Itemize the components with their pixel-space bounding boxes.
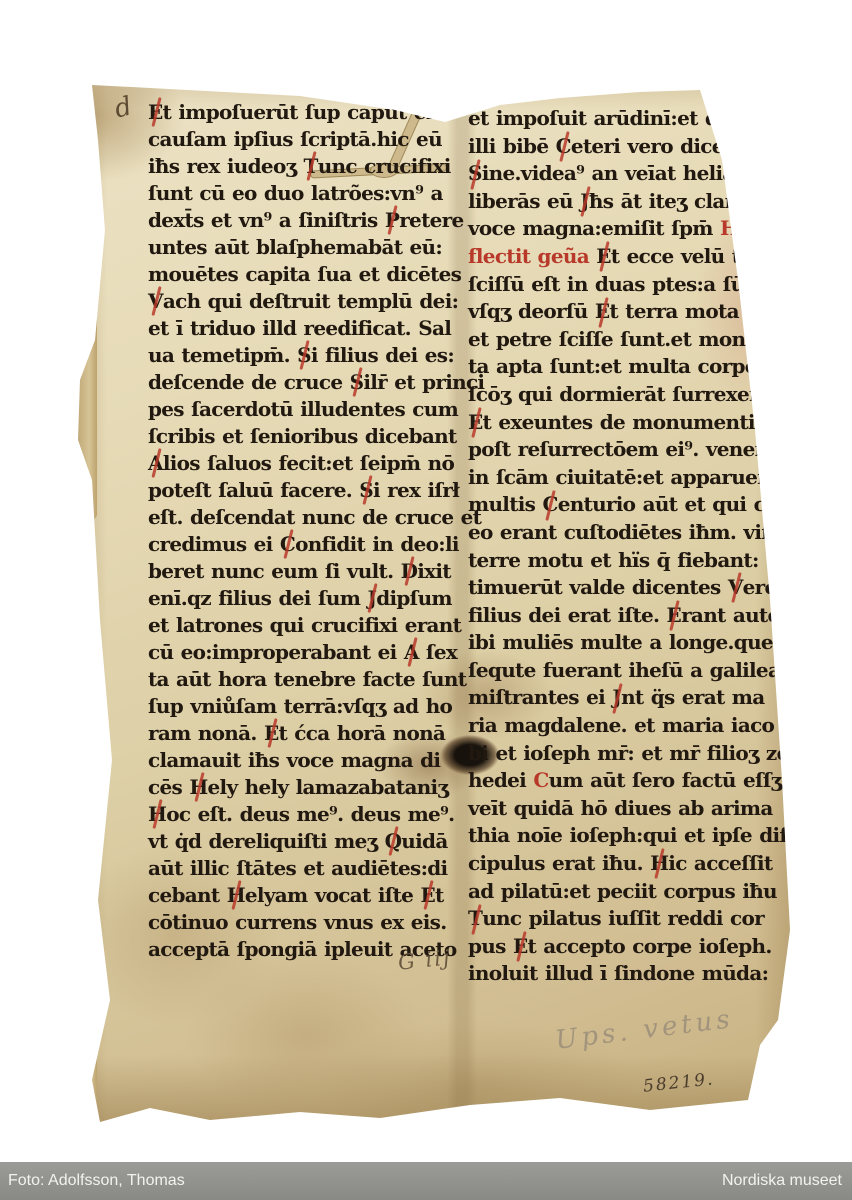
manuscript-line: voce magna:emiſit ſpm̄ Hi [468,215,803,243]
rubricated-initial: H [227,882,245,909]
manuscript-line: clamauit iħs voce magna di [148,747,463,774]
pencil-annotation: Ups. vetus [554,1004,735,1056]
manuscript-line: in ſcām ciuitatē:et apparuer̄t [468,464,803,492]
rubricated-initial: P [385,207,399,234]
blackletter-text: et latrones qui crucifixi erant [148,613,461,637]
blackletter-text: nt q̈s erat ma [621,685,764,709]
manuscript-line: terre motu et hïs q̄ fiebant: [468,547,803,575]
inventory-number: 58219. [642,1069,715,1096]
manuscript-line: ta aūt hora tenebre facte ſunt [148,666,463,693]
rubricated-initial: S [350,369,364,396]
manuscript-line: illi bibē Ceteri vero diceba [468,133,803,161]
manuscript-line: pus Et accepto corpe ioſeph. [468,933,803,961]
manuscript-line: credimus ei Confidit in deo:li [148,531,463,558]
blackletter-text: multis [468,492,542,516]
blackletter-text: ſcribis et ſenioribus dicebant [148,424,457,448]
manuscript-line: ad pilatū:et peciit corpus iħu [468,878,803,906]
blackletter-text: lios ſaluos fecit:et ſeipm̄ nō [163,451,454,475]
blackletter-text: ine.videa⁹ an veīat helia [482,161,735,185]
manuscript-line: poſt reſurrectōem ei⁹. venerūt [468,436,803,464]
manuscript-line: miſtrantes ei Jnt q̈s erat ma [468,684,803,712]
manuscript-line: vſqʒ deorſū Et terra mota eſt. [468,298,803,326]
blackletter-text: t ecce velū tēpli [611,244,780,268]
blackletter-text: t ćca horā nonā [278,721,445,745]
manuscript-line: Alios ſaluos fecit:et ſeipm̄ nō [148,450,463,477]
blackletter-text: cēs [148,775,189,799]
blackletter-text: ilr̄ et princi [363,370,484,394]
blackletter-text: ic acceſſit [668,851,772,875]
manuscript-line: ſcōʒ qui dormierāt ſurrexerūt [468,381,803,409]
blackletter-text: cauſam ipſius ſcriptā.hic eū [148,127,442,151]
manuscript-line: dext̄s et vn⁹ a ſiniſtris Pretere [148,207,463,234]
museum-credit: Nordiska museet [722,1162,842,1200]
blackletter-text: ibi muliēs multe a longe.que [468,630,773,654]
blackletter-text: filius dei erat iſte. [468,603,667,627]
manuscript-line: Et exeuntes de monumentis [468,409,803,437]
blackletter-text: um aūt ſero factū eſſʒ: [549,768,789,792]
rubricated-initial: S [297,342,311,369]
rubricated-initial: E [667,602,682,630]
blackletter-text: veīt quidā hō diues ab arima [468,796,773,820]
manuscript-line: et impoſuit arūdinī:et de [468,105,803,133]
blackletter-text: credimus ei [148,532,280,556]
margin-letter-mark: d [112,91,135,124]
manuscript-line: ſup vniůſam terrā:vſqʒ ad ho [148,693,463,720]
manuscript-line: Vach qui deſtruit templū dei: [148,288,463,315]
manuscript-line: iħs rex iudeoʒ Tunc crucifixi [148,153,463,180]
manuscript-line: cōtinuo currens vnus ex eis. [148,909,463,936]
manuscript-line: ſunt cū eo duo latrões:vn⁹ a [148,180,463,207]
blackletter-text: ua temetipm̄. [148,343,297,367]
manuscript-line: liberās eū Jħs āt iteʒ clama [468,188,803,216]
blackletter-text: ixit [417,559,451,583]
right-column: et impoſuit arūdinī:et deilli bibē Ceter… [468,105,803,988]
rubricated-initial: E [264,720,279,747]
rubricated-initial: Q [385,828,402,855]
rubricated-initial: J [367,585,376,612]
manuscript-line: untes aūt blaſphemabāt eū: [148,234,463,261]
blackletter-text: in ſcām ciuitatē:et apparuer̄t [468,465,776,489]
rubricated-initial: A [404,639,419,666]
blackletter-text: elyam vocat iſte [245,883,421,907]
manuscript-line: deſcende de cruce Silr̄ et princi [148,369,463,396]
rubricated-initial: J [612,684,621,712]
blackletter-text: eteri vero diceba [571,134,750,158]
rubric-text: C [533,768,548,792]
blackletter-text: eo erant cuſtodiētes iħm. viſo [468,520,782,544]
blackletter-text: cipulus erat iħu. [468,851,650,875]
blackletter-text: rant autē [681,603,779,627]
manuscript-line: beret nunc eum ſi vult. Dixit [148,558,463,585]
blackletter-text: vt q̇d dereliquiſti meʒ [148,829,385,853]
blackletter-text: oc eſt. deus me⁹. deus me⁹. [166,802,454,826]
binding-stub [71,305,97,520]
blackletter-text: clamauit iħs voce magna di [148,748,440,772]
rubricated-initial: H [148,801,166,828]
manuscript-line: et ī triduo illd reedificat. Sal [148,315,463,342]
manuscript-line: timuerūt valde dicentes Vere [468,574,803,602]
blackletter-text: cū eo:improperabant ei [148,640,404,664]
blackletter-text: i filius dei es: [311,343,454,367]
manuscript-line: inoluit illud ī ſindone mūda: [468,960,803,988]
blackletter-text: ta aūt hora tenebre facte ſunt [148,667,466,691]
blackletter-text: voce magna:emiſit ſpm̄ [468,216,720,240]
quire-signature: G iij [397,945,453,974]
rubricated-initial: H [189,774,207,801]
blackletter-text: uidā [401,829,447,853]
blackletter-text: dext̄s et vn⁹ a ſiniſtris [148,208,385,232]
manuscript-line: ta apta ſunt:et multa corpora [468,353,803,381]
blackletter-text: onfidit in deo:li [295,532,459,556]
manuscript-line: filius dei erat iſte. Erant autē [468,602,803,630]
blackletter-text: untes aūt blaſphemabāt eū: [148,235,442,259]
manuscript-line: ſequte fuerant iheſū a galilea [468,657,803,685]
rubricated-initial: C [556,133,571,161]
blackletter-text: vſqʒ deorſū [468,299,595,323]
blackletter-text: aūt illic ſtātes et audiētes:di [148,856,447,880]
blackletter-text: et ī triduo illd reedificat. Sal [148,316,451,340]
rubric-text: Hi [720,216,745,240]
rubricated-initial: C [542,491,557,519]
rubricated-initial: T [468,905,482,933]
binding-stub [75,985,97,1145]
manuscript-line: veīt quidā hō diues ab arima [468,795,803,823]
blackletter-text: terre motu et hïs q̄ fiebant: [468,548,759,572]
blackletter-text: ſex [419,640,457,664]
blackletter-text: ſcōʒ qui dormierāt ſurrexerūt [468,382,781,406]
blackletter-text: inoluit illud ī ſindone mūda: [468,961,768,985]
blackletter-text: ħs āt iteʒ clama [589,189,757,213]
rubricated-initial: V [148,288,163,315]
manuscript-line: ram nonā. Et ćca horā nonā [148,720,463,747]
manuscript-line: ua temetipm̄. Si filius dei es: [148,342,463,369]
blackletter-text: iħs rex iudeoʒ [148,154,304,178]
blackletter-text: i rex iſrł [373,478,459,502]
blackletter-text: t [435,883,444,907]
blackletter-text: ely hely lamazabataniʒ [208,775,449,799]
blackletter-text: eſt. deſcendat nunc de cruce et [148,505,481,529]
blackletter-text: pus [468,934,513,958]
manuscript-line: hedei Cum aūt ſero factū eſſʒ: [468,767,803,795]
manuscript-line: cū eo:improperabant ei A ſex [148,639,463,666]
manuscript-line: Hoc eſt. deus me⁹. deus me⁹. [148,801,463,828]
manuscript-line: bi et ioſeph mr̄: et mr̄ filioʒ ze [468,740,803,768]
blackletter-text: ſequte fuerant iheſū a galilea [468,658,780,682]
manuscript-line: enī.qz filius dei ſum Jdipſum [148,585,463,612]
manuscript-line: et petre ſciſſe ſunt.et monumē [468,326,803,354]
rubricated-initial: E [595,298,610,326]
blackletter-text: et petre ſciſſe ſunt.et monumē [468,327,792,351]
blackletter-text: miſtrantes ei [468,685,612,709]
caption-bar: Foto: Adolfsson, Thomas Nordiska museet [0,1162,852,1200]
manuscript-line: mouētes capita ſua et dicētes [148,261,463,288]
blackletter-text: enī.qz filius dei ſum [148,586,367,610]
blackletter-text: deſcende de cruce [148,370,350,394]
blackletter-text: cebant [148,883,227,907]
manuscript-line: multis Centurio aūt et qui cū [468,491,803,519]
blackletter-text: liberās eū [468,189,580,213]
manuscript-line: poteſt ſaluū facere. Si rex iſrł [148,477,463,504]
rubricated-initial: T [304,153,318,180]
manuscript-photo: d Et impoſuerūt ſup caput eicauſam ipſiu… [0,0,852,1163]
rubric-text: flectit geũa [468,244,596,268]
blackletter-text: ram nonā. [148,721,264,745]
manuscript-line: thia noīe ioſeph:qui et ipſe diſ [468,822,803,850]
blackletter-text: pes ſacerdotū illudentes cum [148,397,458,421]
blackletter-text: ſup vniůſam terrā:vſqʒ ad ho [148,694,452,718]
manuscript-line: cebant Helyam vocat iſte Et [148,882,463,909]
rubricated-initial: S [468,160,482,188]
blackletter-text: ſunt cū eo duo latrões:vn⁹ a [148,181,443,205]
manuscript-line: cauſam ipſius ſcriptā.hic eū [148,126,463,153]
blackletter-text: ad pilatū:et peciit corpus iħu [468,879,777,903]
left-column: Et impoſuerūt ſup caput eicauſam ipſius … [148,99,463,963]
blackletter-text: unc pilatus iuſſit reddi cor [482,906,764,930]
blackletter-text: ere [743,575,777,599]
blackletter-text: retere [399,208,463,232]
blackletter-text: t impoſuerūt ſup caput ei [163,100,433,124]
manuscript-line: flectit geũa Et ecce velū tēpli [468,243,803,271]
blackletter-text: et impoſuit arūdinī:et de [468,106,730,130]
rubricated-initial: D [401,558,418,585]
rubricated-initial: E [468,409,483,437]
manuscript-line: Et impoſuerūt ſup caput ei [148,99,463,126]
parchment-leaf: d Et impoſuerūt ſup caput eicauſam ipſiu… [55,55,800,1130]
rubricated-initial: H [650,850,668,878]
blackletter-text: poſt reſurrectōem ei⁹. venerūt [468,437,787,461]
rubricated-initial: E [596,243,611,271]
blackletter-text: beret nunc eum ſi vult. [148,559,401,583]
rubricated-initial: C [280,531,295,558]
blackletter-text: hedei [468,768,533,792]
manuscript-line: eo erant cuſtodiētes iħm. viſo [468,519,803,547]
blackletter-text: timuerūt valde dicentes [468,575,728,599]
blackletter-text: ach qui deſtruit templū dei: [163,289,458,313]
manuscript-line: aūt illic ſtātes et audiētes:di [148,855,463,882]
blackletter-text: cōtinuo currens vnus ex eis. [148,910,447,934]
blackletter-text: dipſum [376,586,452,610]
rubricated-initial: A [148,450,163,477]
manuscript-line: eſt. deſcendat nunc de cruce et [148,504,463,531]
manuscript-line: cipulus erat iħu. Hic acceſſit [468,850,803,878]
manuscript-line: et latrones qui crucifixi erant [148,612,463,639]
manuscript-line: Sine.videa⁹ an veīat helia [468,160,803,188]
manuscript-line: ſcribis et ſenioribus dicebant [148,423,463,450]
blackletter-text: poteſt ſaluū facere. [148,478,359,502]
blackletter-text: illi bibē [468,134,556,158]
blackletter-text: bi et ioſeph mr̄: et mr̄ filioʒ ze [468,741,789,765]
rubricated-initial: E [513,933,528,961]
blackletter-text: t exeuntes de monumentis [483,410,766,434]
rubricated-initial: S [359,477,373,504]
rubricated-initial: J [580,188,589,216]
manuscript-line: ibi muliēs multe a longe.que [468,629,803,657]
photographer-credit: Foto: Adolfsson, Thomas [8,1162,185,1200]
manuscript-line: ria magdalene. et maria iaco [468,712,803,740]
manuscript-line: ſciſſū eſt in duas ptes:a ſūmo [468,271,803,299]
blackletter-text: thia noīe ioſeph:qui et ipſe diſ [468,823,787,847]
manuscript-line: cēs Hely hely lamazabataniʒ [148,774,463,801]
blackletter-text: enturio aūt et qui cū [558,492,779,516]
blackletter-text: unc crucifixi [318,154,451,178]
rubricated-initial: V [728,574,743,602]
blackletter-text: ta apta ſunt:et multa corpora [468,354,780,378]
manuscript-line: vt q̇d dereliquiſti meʒ Quidā [148,828,463,855]
manuscript-line: pes ſacerdotū illudentes cum [148,396,463,423]
blackletter-text: ria magdalene. et maria iaco [468,713,774,737]
rubricated-initial: E [420,882,435,909]
rubricated-initial: E [148,99,163,126]
blackletter-text: mouētes capita ſua et dicētes [148,262,461,286]
blackletter-text: t terra mota eſt. [609,299,780,323]
manuscript-line: Tunc pilatus iuſſit reddi cor [468,905,803,933]
blackletter-text: t accepto corpe ioſeph. [528,934,772,958]
blackletter-text: ſciſſū eſt in duas ptes:a ſūmo [468,272,778,296]
